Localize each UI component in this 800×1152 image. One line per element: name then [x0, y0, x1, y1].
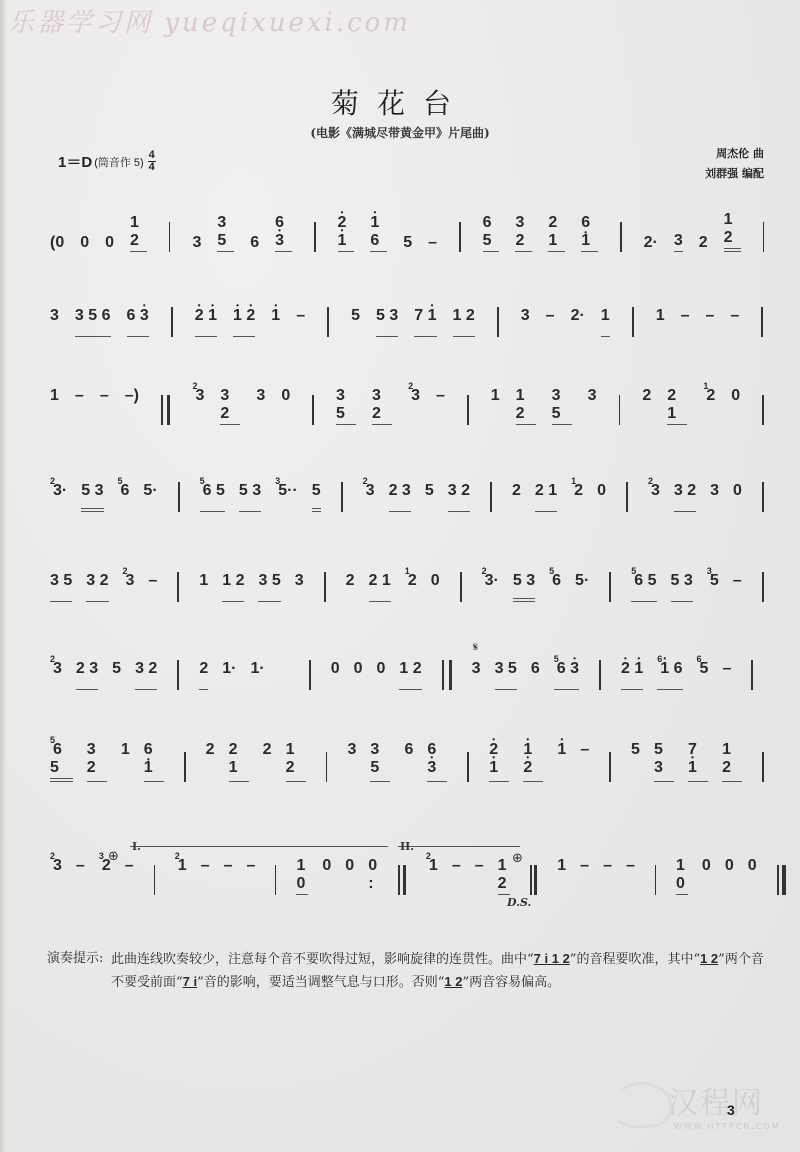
song-subtitle: (电影《满城尽带黄金甲》片尾曲) [0, 124, 800, 141]
volta-1-label: I. [132, 840, 141, 853]
volta-2-bracket [398, 846, 520, 848]
volta-1-bracket [130, 846, 388, 848]
score-row-5: 3 53 223– 11 23 53 22 1120 23·5 3565· 56… [50, 572, 770, 602]
score-row-4: 23·5 3565· 56 55 335··5 232 353 2 22 112… [50, 482, 770, 512]
key-signature: 1＝D (筒音作 5) 4 4 [58, 150, 156, 173]
performance-tips: 演奏提示: 此曲连线吹奏较少，注意每个音不要吹得过短，影响旋律的连贯性。曲中“7… [47, 948, 767, 994]
key-main: 1＝D [58, 151, 92, 172]
site-watermark: 乐器学习网 yueqixuexi.com [8, 2, 411, 39]
tips-label: 演奏提示: [47, 948, 103, 970]
score-row-2: 33 5 66 3 2 11 21– 55 37 11 2 3–2·1 1––– [50, 307, 770, 337]
segno-icon: 𝄋 [473, 640, 478, 655]
key-note: (筒音作 5) [94, 154, 144, 170]
score-row-1: (0001 2 33 566 3 2 11 65– 6 53 22 16 1 2… [50, 222, 770, 252]
arranger: 刘群强 编配 [705, 164, 764, 184]
page-number: 3 [727, 1102, 735, 1118]
volta-2-label: II. [400, 840, 414, 853]
ds-mark: D.S. [507, 896, 531, 909]
score-row-3: 1–––) 233 230 3 53 223– 11 23 53 22 1120 [50, 395, 770, 425]
score-row-7: 56 53 216 1 22 121 2 33 566 3 2 11 21– 5… [50, 752, 770, 782]
score-row-8: 23–32– 21––– 1 0000 : 21––1 2 1––– 1 000… [50, 865, 770, 895]
site-logo: 汉程网 WWW.HTTPCN.COM [612, 1078, 781, 1131]
scan-edge [0, 0, 6, 1152]
repeat-end [398, 865, 406, 895]
final-barline [777, 865, 786, 895]
composer: 周杰伦 曲 [705, 144, 764, 164]
song-title: 菊花台 [0, 82, 800, 122]
repeat-start [161, 395, 171, 425]
logo-swirl-icon [612, 1082, 672, 1128]
credits: 周杰伦 曲 刘群强 编配 [705, 144, 764, 184]
score-row-6: 232 353 2 21·1· 0001 2 33 5656 3 2 161 6… [50, 660, 770, 690]
time-signature: 4 4 [148, 150, 156, 173]
